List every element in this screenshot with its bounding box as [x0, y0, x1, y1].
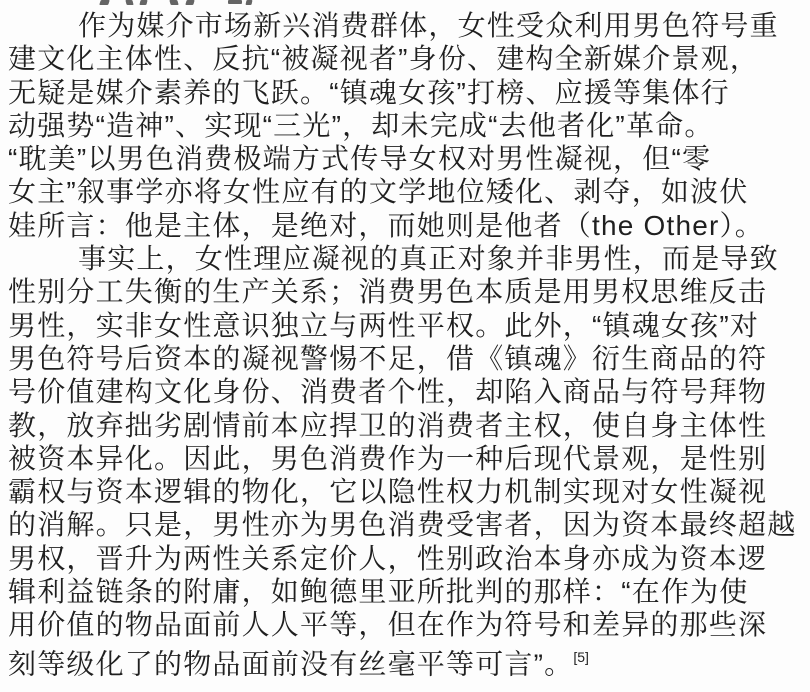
text-line: 娃所言：他是主体，是绝对，而她则是他者（the Other）。	[8, 209, 804, 242]
text-line: 男色符号后资本的凝视警惕不足，借《镇魂》衍生商品的符	[8, 342, 804, 375]
text-line: 建文化主体性、反抗“被凝视者”身份、建构全新媒介景观，	[8, 42, 804, 75]
text-line: 的消解。只是，男性亦为男色消费受害者，因为资本最终超越	[8, 508, 804, 541]
footnote-ref: [5]	[573, 649, 589, 665]
text-line: 刻等级化了的物品面前没有丝毫平等可言”。[5]	[8, 642, 804, 675]
text-line: 性别分工失衡的生产关系；消费男色本质是用男权思维反击	[8, 275, 804, 308]
scanned-document-page: 作为媒介市场新兴消费群体，女性受众利用男色符号重建文化主体性、反抗“被凝视者”身…	[0, 0, 810, 692]
text-line: 用价值的物品面前人人平等，但在作为符号和差异的那些深	[8, 608, 804, 641]
text-line: 号价值建构文化身份、消费者个性，却陷入商品与符号拜物	[8, 375, 804, 408]
text-line: 被资本异化。因此，男色消费作为一种后现代景观，是性别	[8, 442, 804, 475]
cropped-previous-line-fragment	[0, 0, 810, 7]
stroke-fragment	[169, 0, 178, 5]
text-line: 作为媒介市场新兴消费群体，女性受众利用男色符号重	[8, 9, 804, 42]
article-text-column: 作为媒介市场新兴消费群体，女性受众利用男色符号重建文化主体性、反抗“被凝视者”身…	[8, 9, 804, 675]
text-line: 无疑是媒介素养的飞跃。“镇魂女孩”打榜、应援等集体行	[8, 76, 804, 109]
text-line: 动强势“造神”、实现“三光”，却未完成“去他者化”革命。	[8, 109, 804, 142]
text-line: 男性，实非女性意识独立与两性平权。此外，“镇魂女孩”对	[8, 309, 804, 342]
stroke-fragment	[125, 0, 133, 5]
text-line: 教，放弃拙劣剧情前本应捍卫的消费者主权，使自身主体性	[8, 409, 804, 442]
stroke-fragment	[139, 0, 147, 5]
text-line: 事实上，女性理应凝视的真正对象并非男性，而是导致	[8, 242, 804, 275]
stroke-fragment	[99, 0, 110, 5]
text-line: “耽美”以男色消费极端方式传导女权对男性凝视，但“零	[8, 142, 804, 175]
text-line: 辑利益链条的附庸，如鲍德里亚所批判的那样：“在作为使	[8, 575, 804, 608]
text-line: 霸权与资本逻辑的物化，它以隐性权力机制实现对女性凝视	[8, 475, 804, 508]
stroke-fragment	[245, 0, 252, 5]
stroke-fragment	[228, 0, 242, 4]
text-line: 女主”叙事学亦将女性应有的文学地位矮化、剥夺，如波伏	[8, 175, 804, 208]
text-line: 男权，晋升为两性关系定价人，性别政治本身亦成为资本逻	[8, 542, 804, 575]
stroke-fragment	[185, 0, 194, 5]
